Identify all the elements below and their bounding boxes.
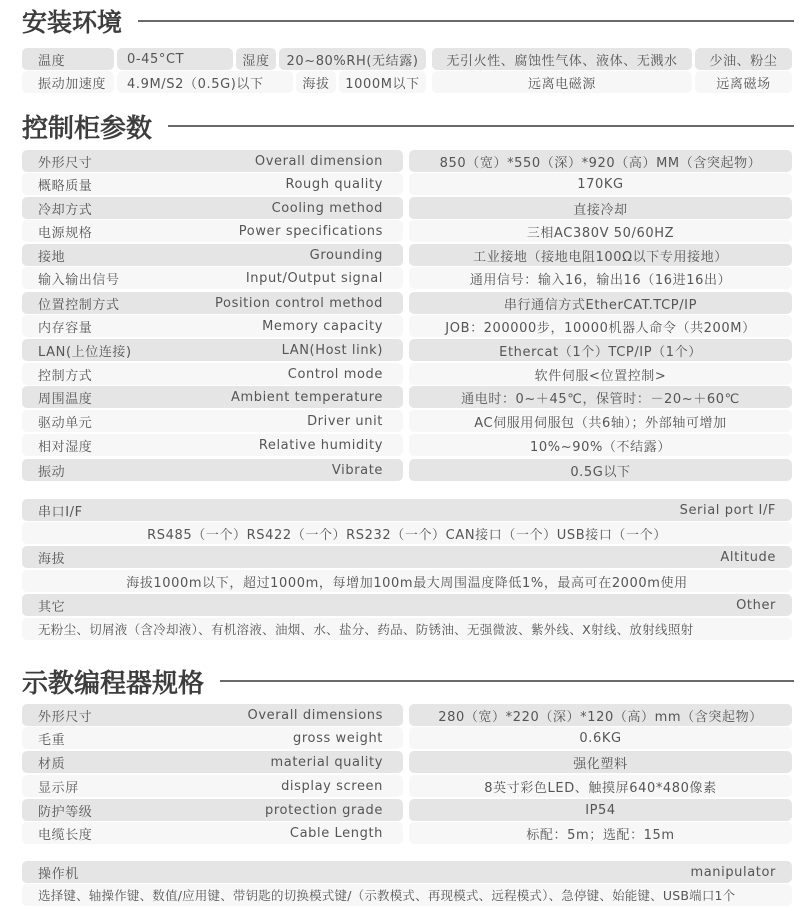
spec-label-en: Relative humidity bbox=[259, 438, 383, 453]
spec-label-en: gross weight bbox=[293, 731, 383, 746]
spec-value: 10%~90%（不结露） bbox=[409, 434, 792, 456]
spec-label-cn: 位置控制方式 bbox=[38, 294, 120, 313]
spec-label-cn: 概略质量 bbox=[38, 175, 92, 194]
spec-label-cn: 海拔 bbox=[38, 548, 65, 567]
spec-value: 0.5G以下 bbox=[409, 459, 792, 481]
spec-value: AC伺服用伺服包（共6轴）；外部轴可增加 bbox=[409, 410, 792, 432]
spec-value: IP54 bbox=[409, 799, 792, 821]
spec-row: 毛重gross weight 0.6KG bbox=[22, 727, 792, 749]
spec-label-cn: 毛重 bbox=[38, 729, 65, 748]
vibration-value: 4.9M/S2（0.5G)以下 bbox=[117, 71, 293, 93]
spec-row: 输入输出信号Input/Output signal 通用信号：输入16，输出16… bbox=[22, 267, 792, 289]
spec-value: 海拔1000m以下，超过1000m，每增加100m最大周围温度降低1%，最高可在… bbox=[22, 570, 792, 592]
em-requirement: 远离电磁源 bbox=[432, 71, 692, 93]
spec-label-en: Grounding bbox=[310, 248, 383, 263]
heading-divider bbox=[220, 680, 794, 682]
spec-row: 接地Grounding 工业接地（接地电阻100Ω以下专用接地） bbox=[22, 244, 792, 266]
spec-row: 驱动单元Driver unit AC伺服用伺服包（共6轴）；外部轴可增加 bbox=[22, 410, 792, 432]
spec-value: 串行通信方式EtherCAT.TCP/IP bbox=[409, 292, 792, 314]
spec-label-cn: 内存容量 bbox=[38, 317, 92, 336]
spec-value: 170KG bbox=[409, 173, 792, 195]
spec-label-en: Overall dimensions bbox=[247, 708, 383, 723]
env-requirement: 无引火性、腐蚀性气体、液体、无溅水 bbox=[432, 48, 692, 70]
spec-value: Ethercat（1个）TCP/IP（1个） bbox=[409, 339, 792, 361]
heading-divider bbox=[138, 20, 794, 22]
spec-row: 电源规格Power specifications 三相AC380V 50/60H… bbox=[22, 220, 792, 242]
wide-row-header: 操作机manipulator bbox=[22, 861, 792, 883]
spec-label-en: Other bbox=[736, 598, 776, 613]
spec-value: RS485（一个）RS422（一个）RS232（一个）CAN接口（一个）USB接… bbox=[22, 522, 792, 544]
spec-value: 850（宽）*550（深）*920（高）MM（含突起物） bbox=[409, 150, 792, 172]
spec-label-en: Input/Output signal bbox=[246, 271, 383, 286]
spec-label-cn: 驱动单元 bbox=[38, 412, 92, 431]
spec-row: 显示屏display screen 8英寸彩色LED、触摸屏640*480像素 bbox=[22, 775, 792, 797]
spec-value: JOB：200000步，10000机器人命令（共200M） bbox=[409, 315, 792, 337]
temp-label: 温度 bbox=[22, 48, 114, 70]
spec-label-en: Position control method bbox=[215, 296, 383, 311]
spec-row: 周围温度Ambient temperature 通电时：0~＋45℃，保管时：－… bbox=[22, 386, 792, 408]
spec-label-en: Ambient temperature bbox=[231, 390, 383, 405]
spec-row: LAN(上位连接)LAN(Host link) Ethercat（1个）TCP/… bbox=[22, 339, 792, 361]
magnet-requirement: 远离磁场 bbox=[695, 71, 792, 93]
spec-row: 材质material quality 强化塑料 bbox=[22, 751, 792, 773]
spec-row: 内存容量Memory capacity JOB：200000步，10000机器人… bbox=[22, 315, 792, 337]
heading-text: 示教编程器规格 bbox=[22, 663, 204, 700]
spec-row: 振动Vibrate 0.5G以下 bbox=[22, 459, 792, 481]
spec-label-cn: 周围温度 bbox=[38, 388, 92, 407]
spec-label-cn: 冷却方式 bbox=[38, 199, 92, 218]
spec-label-cn: 输入输出信号 bbox=[38, 269, 120, 288]
spec-label-en: Serial port I/F bbox=[680, 503, 776, 518]
spec-label-cn: 外形尺寸 bbox=[38, 152, 92, 171]
spec-label-cn: 防护等级 bbox=[38, 801, 92, 820]
altitude-label: 海拔 bbox=[296, 71, 336, 93]
spec-label-en: Altitude bbox=[720, 550, 776, 565]
spec-row: 相对湿度Relative humidity 10%~90%（不结露） bbox=[22, 434, 792, 456]
section-heading-pendant: 示教编程器规格 bbox=[22, 662, 794, 700]
spec-label-cn: LAN(上位连接) bbox=[38, 341, 132, 360]
spec-label-en: Control mode bbox=[288, 367, 383, 382]
spec-label-en: LAN(Host link) bbox=[282, 343, 383, 358]
spec-value: 通电时：0~＋45℃，保管时：－20~＋60℃ bbox=[409, 386, 792, 408]
spec-label-cn: 其它 bbox=[38, 596, 65, 615]
spec-label-en: Memory capacity bbox=[262, 319, 383, 334]
wide-row-header: 串口I/FSerial port I/F bbox=[22, 499, 792, 521]
spec-value: 直接冷却 bbox=[409, 197, 792, 219]
dust-requirement: 少油、粉尘 bbox=[695, 48, 792, 70]
spec-label-cn: 材质 bbox=[38, 753, 65, 772]
spec-row: 冷却方式Cooling method 直接冷却 bbox=[22, 197, 792, 219]
spec-label-en: Cooling method bbox=[272, 201, 383, 216]
spec-label-cn: 接地 bbox=[38, 246, 65, 265]
spec-value: 选择键、轴操作键、数值/应用键、带钥匙的切换模式键/（示教模式、再现模式、远程模… bbox=[22, 884, 792, 906]
spec-row: 防护等级protection grade IP54 bbox=[22, 799, 792, 821]
spec-label-en: protection grade bbox=[265, 803, 383, 818]
env-row-1: 温度 0-45°CT 湿度 20~80%RH(无结露) 无引火性、腐蚀性气体、液… bbox=[22, 48, 792, 70]
spec-value: 强化塑料 bbox=[409, 751, 792, 773]
heading-text: 控制柜参数 bbox=[22, 108, 152, 145]
wide-row-header: 海拔Altitude bbox=[22, 546, 792, 568]
spec-value: 280（宽）*220（深）*120（高）mm（含突起物） bbox=[409, 704, 792, 726]
section-heading-install: 安装环境 bbox=[22, 4, 794, 38]
altitude-value: 1000M以下 bbox=[339, 71, 426, 93]
spec-row: 外形尺寸Overall dimensions 280（宽）*220（深）*120… bbox=[22, 704, 792, 726]
spec-label-cn: 显示屏 bbox=[38, 777, 79, 796]
spec-label-cn: 振动 bbox=[38, 461, 65, 480]
spec-value: 0.6KG bbox=[409, 727, 792, 749]
spec-label-en: Overall dimension bbox=[255, 154, 383, 169]
spec-label-cn: 相对湿度 bbox=[38, 436, 92, 455]
humidity-label: 湿度 bbox=[236, 48, 276, 70]
spec-label-en: Driver unit bbox=[307, 414, 383, 429]
spec-label-en: Power specifications bbox=[239, 224, 383, 239]
spec-label-cn: 串口I/F bbox=[38, 501, 83, 520]
spec-label-cn: 操作机 bbox=[38, 863, 79, 882]
section-heading-controller: 控制柜参数 bbox=[22, 108, 794, 144]
spec-label-en: Vibrate bbox=[332, 463, 383, 478]
spec-row: 外形尺寸Overall dimension 850（宽）*550（深）*920（… bbox=[22, 150, 792, 172]
spec-label-en: manipulator bbox=[690, 865, 776, 880]
spec-value: 标配：5m；选配：15m bbox=[409, 822, 792, 844]
wide-row-value: 海拔1000m以下，超过1000m，每增加100m最大周围温度降低1%，最高可在… bbox=[22, 570, 792, 592]
vibration-label: 振动加速度 bbox=[22, 71, 114, 93]
humidity-value: 20~80%RH(无结露) bbox=[279, 48, 426, 70]
spec-value: 工业接地（接地电阻100Ω以下专用接地） bbox=[409, 244, 792, 266]
env-row-2: 振动加速度 4.9M/S2（0.5G)以下 海拔 1000M以下 远离电磁源 远… bbox=[22, 71, 792, 93]
spec-label-cn: 电缆长度 bbox=[38, 824, 92, 843]
spec-row: 概略质量Rough quality 170KG bbox=[22, 173, 792, 195]
heading-text: 安装环境 bbox=[22, 3, 122, 39]
spec-label-en: Rough quality bbox=[285, 177, 383, 192]
spec-label-cn: 外形尺寸 bbox=[38, 706, 92, 725]
heading-divider bbox=[168, 125, 794, 127]
wide-row-value: 选择键、轴操作键、数值/应用键、带钥匙的切换模式键/（示教模式、再现模式、远程模… bbox=[22, 884, 792, 906]
spec-row: 位置控制方式Position control method 串行通信方式Ethe… bbox=[22, 292, 792, 314]
wide-row-value: 无粉尘、切屑液（含冷却液）、有机溶液、油烟、水、盐分、药品、防锈油、无强微波、紫… bbox=[22, 618, 792, 640]
temp-value: 0-45°CT bbox=[117, 48, 233, 70]
spec-value: 通用信号：输入16，输出16（16进16出） bbox=[409, 267, 792, 289]
spec-row: 控制方式Control mode 软件伺服<位置控制> bbox=[22, 363, 792, 385]
spec-label-cn: 控制方式 bbox=[38, 365, 92, 384]
spec-label-en: material quality bbox=[271, 755, 383, 770]
wide-row-header: 其它Other bbox=[22, 594, 792, 616]
wide-row-value: RS485（一个）RS422（一个）RS232（一个）CAN接口（一个）USB接… bbox=[22, 522, 792, 544]
spec-label-en: display screen bbox=[281, 779, 383, 794]
spec-value: 8英寸彩色LED、触摸屏640*480像素 bbox=[409, 775, 792, 797]
spec-value: 无粉尘、切屑液（含冷却液）、有机溶液、油烟、水、盐分、药品、防锈油、无强微波、紫… bbox=[22, 618, 792, 640]
spec-value: 软件伺服<位置控制> bbox=[409, 363, 792, 385]
spec-label-en: Cable Length bbox=[290, 826, 383, 841]
spec-label-cn: 电源规格 bbox=[38, 222, 92, 241]
spec-row: 电缆长度Cable Length 标配：5m；选配：15m bbox=[22, 822, 792, 844]
spec-value: 三相AC380V 50/60HZ bbox=[409, 220, 792, 242]
